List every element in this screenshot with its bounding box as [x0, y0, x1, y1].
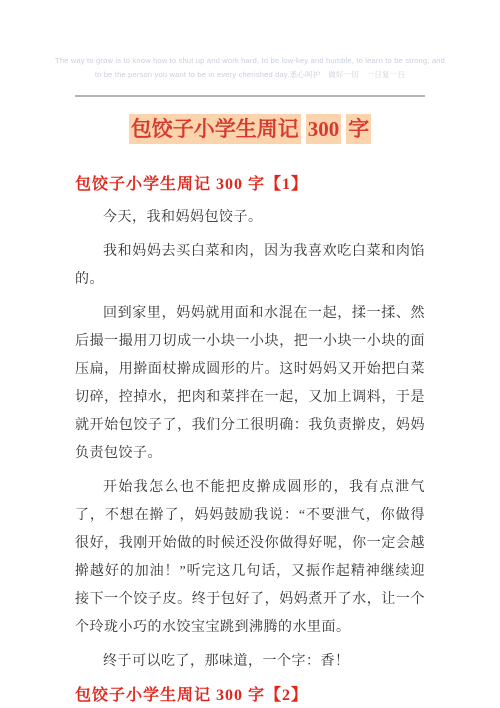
page-title: 包饺子小学生周记300字: [75, 114, 425, 144]
watermark-line-2: to be the person you want to be in every…: [55, 68, 445, 82]
section-2-heading: 包饺子小学生周记 300 字【2】: [75, 686, 425, 706]
section-1-body: 今天，我和妈妈包饺子。 我和妈妈去买白菜和肉，因为我喜欢吃白菜和肉馅的。 回到家…: [75, 204, 425, 676]
paragraph-4: 开始我怎么也不能把皮擀成圆形的，我有点泄气了，不想在擀了，妈妈鼓励我说：“不要泄…: [75, 474, 425, 642]
watermark-line-1: The way to grow is to know how to shut u…: [55, 54, 445, 68]
section-1-heading: 包饺子小学生周记 300 字【1】: [75, 175, 425, 195]
header-divider: [75, 95, 425, 97]
header-watermark: The way to grow is to know how to shut u…: [55, 54, 445, 82]
title-segment-unit: 字: [346, 114, 371, 144]
paragraph-5: 终于可以吃了，那味道，一个字：香！: [75, 648, 425, 676]
paragraph-2: 我和妈妈去买白菜和肉，因为我喜欢吃白菜和肉馅的。: [75, 238, 425, 294]
document-page: The way to grow is to know how to shut u…: [0, 0, 500, 708]
title-segment-number: 300: [306, 114, 342, 144]
paragraph-3: 回到家里，妈妈就用面和水混在一起，揉一揉、然后撮一撮用刀切成一小块一小块，把一小…: [75, 300, 425, 468]
paragraph-1: 今天，我和妈妈包饺子。: [75, 204, 425, 232]
title-segment-main: 包饺子小学生周记: [129, 114, 301, 144]
